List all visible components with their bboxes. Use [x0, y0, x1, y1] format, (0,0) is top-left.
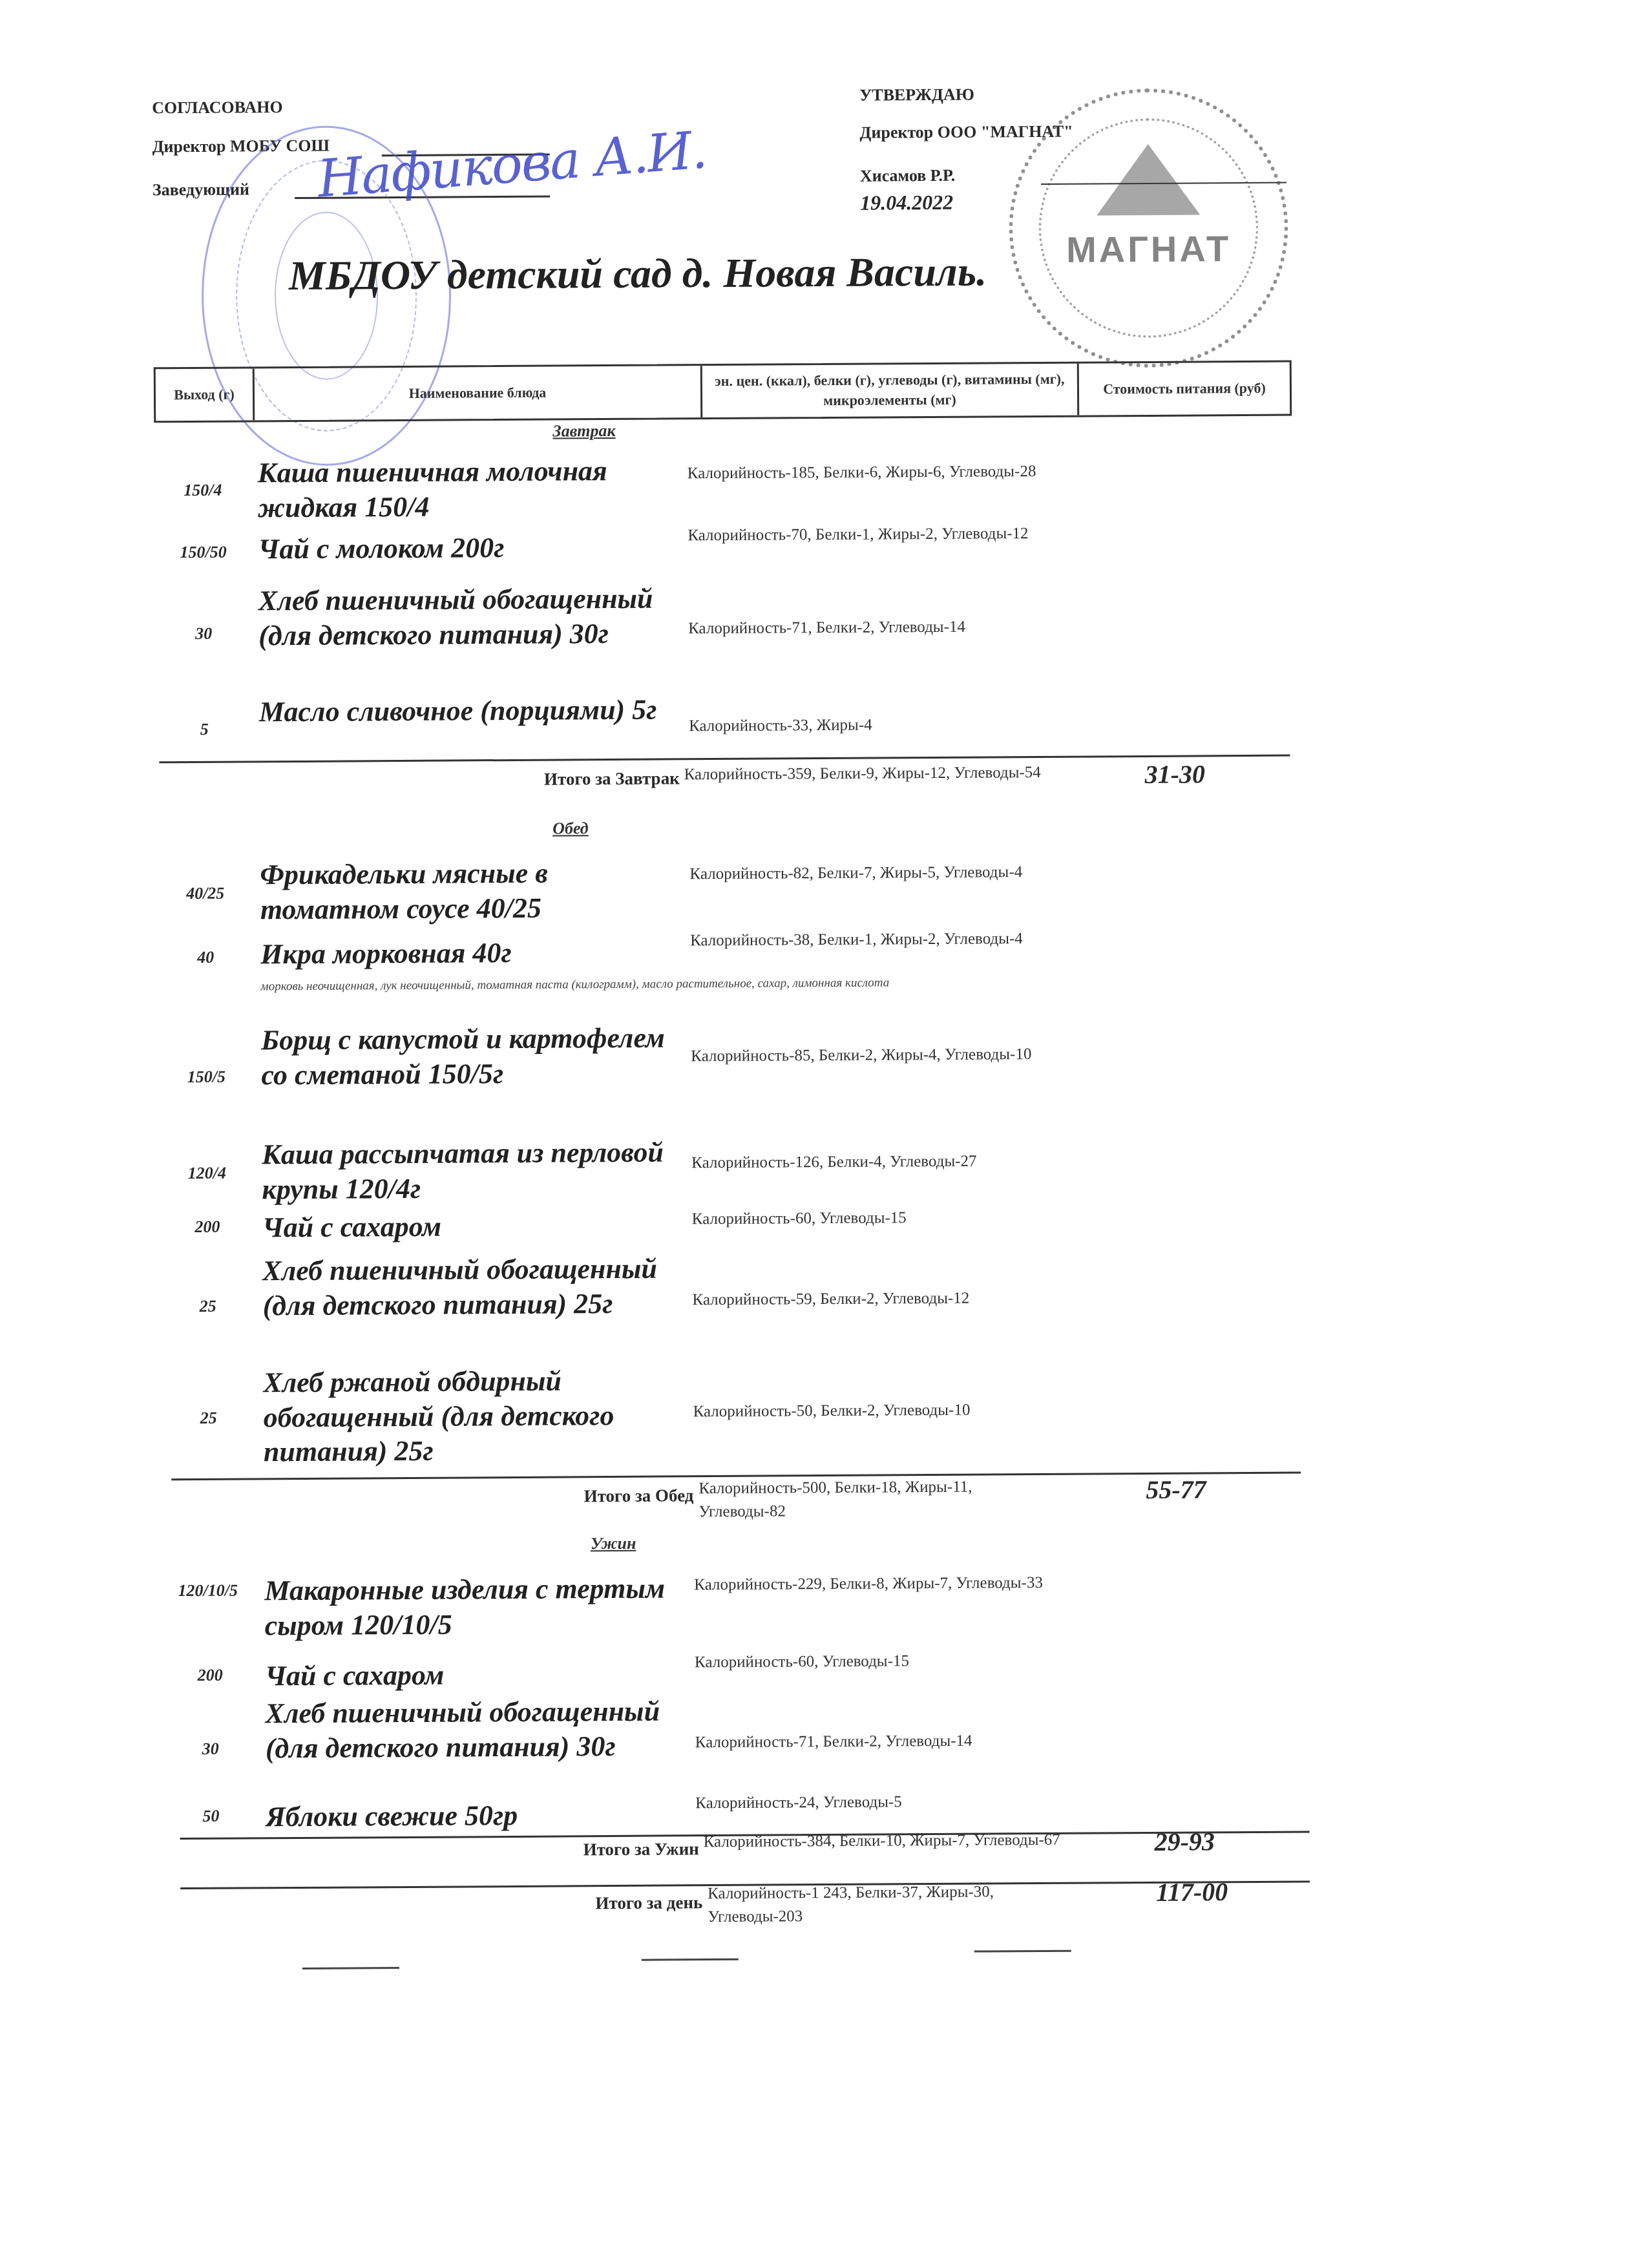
table-row: 120/4 Каша рассыпчатая из перловой крупы… [158, 1131, 1292, 1139]
approved-name: Хисамов Р.Р. [860, 167, 955, 185]
row-nutrition: Калорийность-50, Белки-2, Углеводы-10 [693, 1398, 1055, 1424]
row-nutrition: Калорийность-38, Белки-1, Жиры-2, Углево… [690, 927, 1052, 953]
row-dish: Каша пшеничная молочная жидкая 150/4 [258, 453, 672, 525]
total-day-nutrition: Калорийность-1 243, Белки-37, Жиры-30, У… [708, 1880, 1069, 1929]
agreed-heading: СОГЛАСОВАНО [152, 99, 283, 116]
table-row: 150/5 Борщ с капустой и картофелем со см… [158, 1017, 1292, 1024]
row-dish: Чай с сахаром [262, 1208, 676, 1245]
row-nutrition: Калорийность-126, Белки-4, Углеводы-27 [691, 1150, 1053, 1175]
row-output: 120/10/5 [161, 1577, 255, 1604]
row-dish: Чай с сахаром [265, 1656, 678, 1694]
row-output: 5 [156, 719, 253, 739]
row-dish: Чай с молоком 200г [258, 529, 671, 567]
row-dish: Макаронные изделия с тертым сыром 120/10… [264, 1571, 678, 1643]
table-header: Выход (г) Наименование блюда эн. цен. (к… [154, 361, 1292, 423]
row-output: 25 [160, 1408, 257, 1428]
section-title-lunch: Обед [552, 819, 589, 838]
row-output: 150/4 [154, 480, 251, 500]
stamp-brand-text: МАГНАТ [1013, 227, 1284, 271]
row-nutrition: Калорийность-33, Жиры-4 [689, 713, 1051, 739]
total-day-cost: 117-00 [1156, 1876, 1228, 1907]
row-output: 30 [155, 624, 252, 644]
footer-signature-line [974, 1950, 1071, 1953]
row-dish: Яблоки свежие 50гр [266, 1797, 679, 1834]
row-dish: Икра морковная 40г [260, 934, 674, 972]
row-output: 40 [157, 947, 254, 967]
row-output: 30 [162, 1739, 259, 1759]
footer-signature-line [302, 1967, 399, 1969]
total-breakfast-cost: 31-30 [1144, 759, 1205, 790]
row-dish: Хлеб ржаной обдирный обогащенный (для де… [263, 1363, 677, 1469]
menu-document: СОГЛАСОВАНО Директор МОБУ СОШ Заведующий… [0, 0, 1649, 2268]
row-output: 200 [162, 1665, 258, 1685]
table-row: 25 Хлеб пшеничный обогащенный (для детск… [159, 1248, 1293, 1255]
table-row: 200 Чай с сахаром Калорийность-60, Углев… [162, 1653, 1296, 1660]
table-row: 50 Яблоки свежие 50гр Калорийность-24, У… [162, 1794, 1296, 1801]
page-title: МБДОУ детский сад д. Новая Василь. [289, 247, 987, 300]
row-dish: Хлеб пшеничный обогащенный (для детского… [262, 1251, 677, 1323]
table-row: 30 Хлеб пшеничный обогащенный (для детск… [155, 578, 1289, 585]
section-title-dinner: Ужин [591, 1534, 636, 1553]
row-nutrition: Калорийность-71, Белки-2, Углеводы-14 [695, 1729, 1057, 1755]
header-nutrition: эн. цен. (ккал), белки (г), углеводы (г)… [702, 364, 1079, 418]
approved-heading: УТВЕРЖДАЮ [859, 87, 974, 104]
table-row: 5 Масло сливочное (порциями) 5г Калорийн… [156, 689, 1290, 696]
total-breakfast-nutrition: Калорийность-359, Белки-9, Жиры-12, Угле… [684, 761, 1045, 787]
row-dish: Хлеб пшеничный обогащенный (для детского… [258, 581, 673, 653]
total-lunch-label: Итого за Обед [454, 1486, 693, 1507]
section-title-breakfast: Завтрак [552, 421, 615, 441]
row-nutrition: Калорийность-82, Белки-7, Жиры-5, Углево… [689, 861, 1051, 887]
total-day-label: Итого за день [457, 1893, 702, 1914]
header-output: Выход (г) [156, 368, 255, 421]
row-output: 150/5 [158, 1067, 255, 1087]
total-dinner-cost: 29-93 [1155, 1826, 1215, 1857]
row-output: 25 [160, 1296, 257, 1316]
header-cost: Стоимость питания (руб) [1079, 362, 1290, 415]
header-dish: Наименование блюда [255, 366, 702, 420]
row-nutrition: Калорийность-185, Белки-6, Жиры-6, Углев… [688, 460, 1049, 486]
row-nutrition: Калорийность-60, Углеводы-15 [692, 1206, 1054, 1232]
row-dish: Хлеб пшеничный обогащенный (для детского… [265, 1694, 679, 1765]
row-dish: Масло сливочное (порциями) 5г [259, 692, 673, 730]
row-nutrition: Калорийность-229, Белки-8, Жиры-7, Углев… [694, 1571, 1056, 1597]
row-output: 50 [162, 1806, 259, 1826]
row-dish: Фрикадельки мясные в томатном соусе 40/2… [260, 855, 674, 927]
table-row: 40/25 Фрикадельки мясные в томатном соус… [156, 852, 1290, 859]
divider [159, 755, 1290, 764]
total-dinner-label: Итого за Ужин [457, 1839, 699, 1860]
total-lunch-cost: 55-77 [1146, 1474, 1206, 1505]
row-nutrition: Калорийность-60, Углеводы-15 [695, 1649, 1056, 1675]
row-nutrition: Калорийность-85, Белки-2, Жиры-4, Углево… [691, 1043, 1053, 1069]
ingredients-note: морковь неочищенная, лук неочищенный, то… [261, 973, 1069, 996]
row-output: 200 [159, 1217, 256, 1237]
row-dish: Борщ с капустой и картофелем со сметаной… [261, 1020, 675, 1092]
row-nutrition: Калорийность-71, Белки-2, Углеводы-14 [688, 615, 1050, 641]
table-row: 25 Хлеб ржаной обдирный обогащенный (для… [160, 1360, 1294, 1367]
row-nutrition: Калорийность-59, Белки-2, Углеводы-12 [692, 1286, 1054, 1312]
row-nutrition: Калорийность-70, Белки-1, Жиры-2, Углево… [688, 522, 1049, 548]
company-stamp-icon: МАГНАТ [1008, 88, 1289, 369]
row-nutrition: Калорийность-24, Углеводы-5 [695, 1790, 1057, 1816]
footer-signature-line [642, 1958, 739, 1961]
table-row: 40 Икра морковная 40г Калорийность-38, Б… [157, 931, 1291, 938]
table-row: 120/10/5 Макаронные изделия с тертым сыр… [161, 1568, 1295, 1575]
table-row: 150/50 Чай с молоком 200г Калорийность-7… [154, 526, 1288, 533]
row-output: 150/50 [154, 542, 251, 562]
total-breakfast-label: Итого за Завтрак [450, 768, 680, 790]
total-dinner-nutrition: Калорийность-384, Белки-10, Жиры-7, Угле… [704, 1829, 1066, 1854]
approved-date: 19.04.2022 [860, 192, 953, 213]
row-output: 120/4 [158, 1163, 255, 1183]
total-lunch-nutrition: Калорийность-500, Белки-18, Жиры-11, Угл… [698, 1475, 1060, 1524]
row-output: 40/25 [157, 883, 254, 903]
row-dish: Каша рассыпчатая из перловой крупы 120/4… [262, 1135, 676, 1206]
mountain-logo-icon [1097, 143, 1201, 215]
